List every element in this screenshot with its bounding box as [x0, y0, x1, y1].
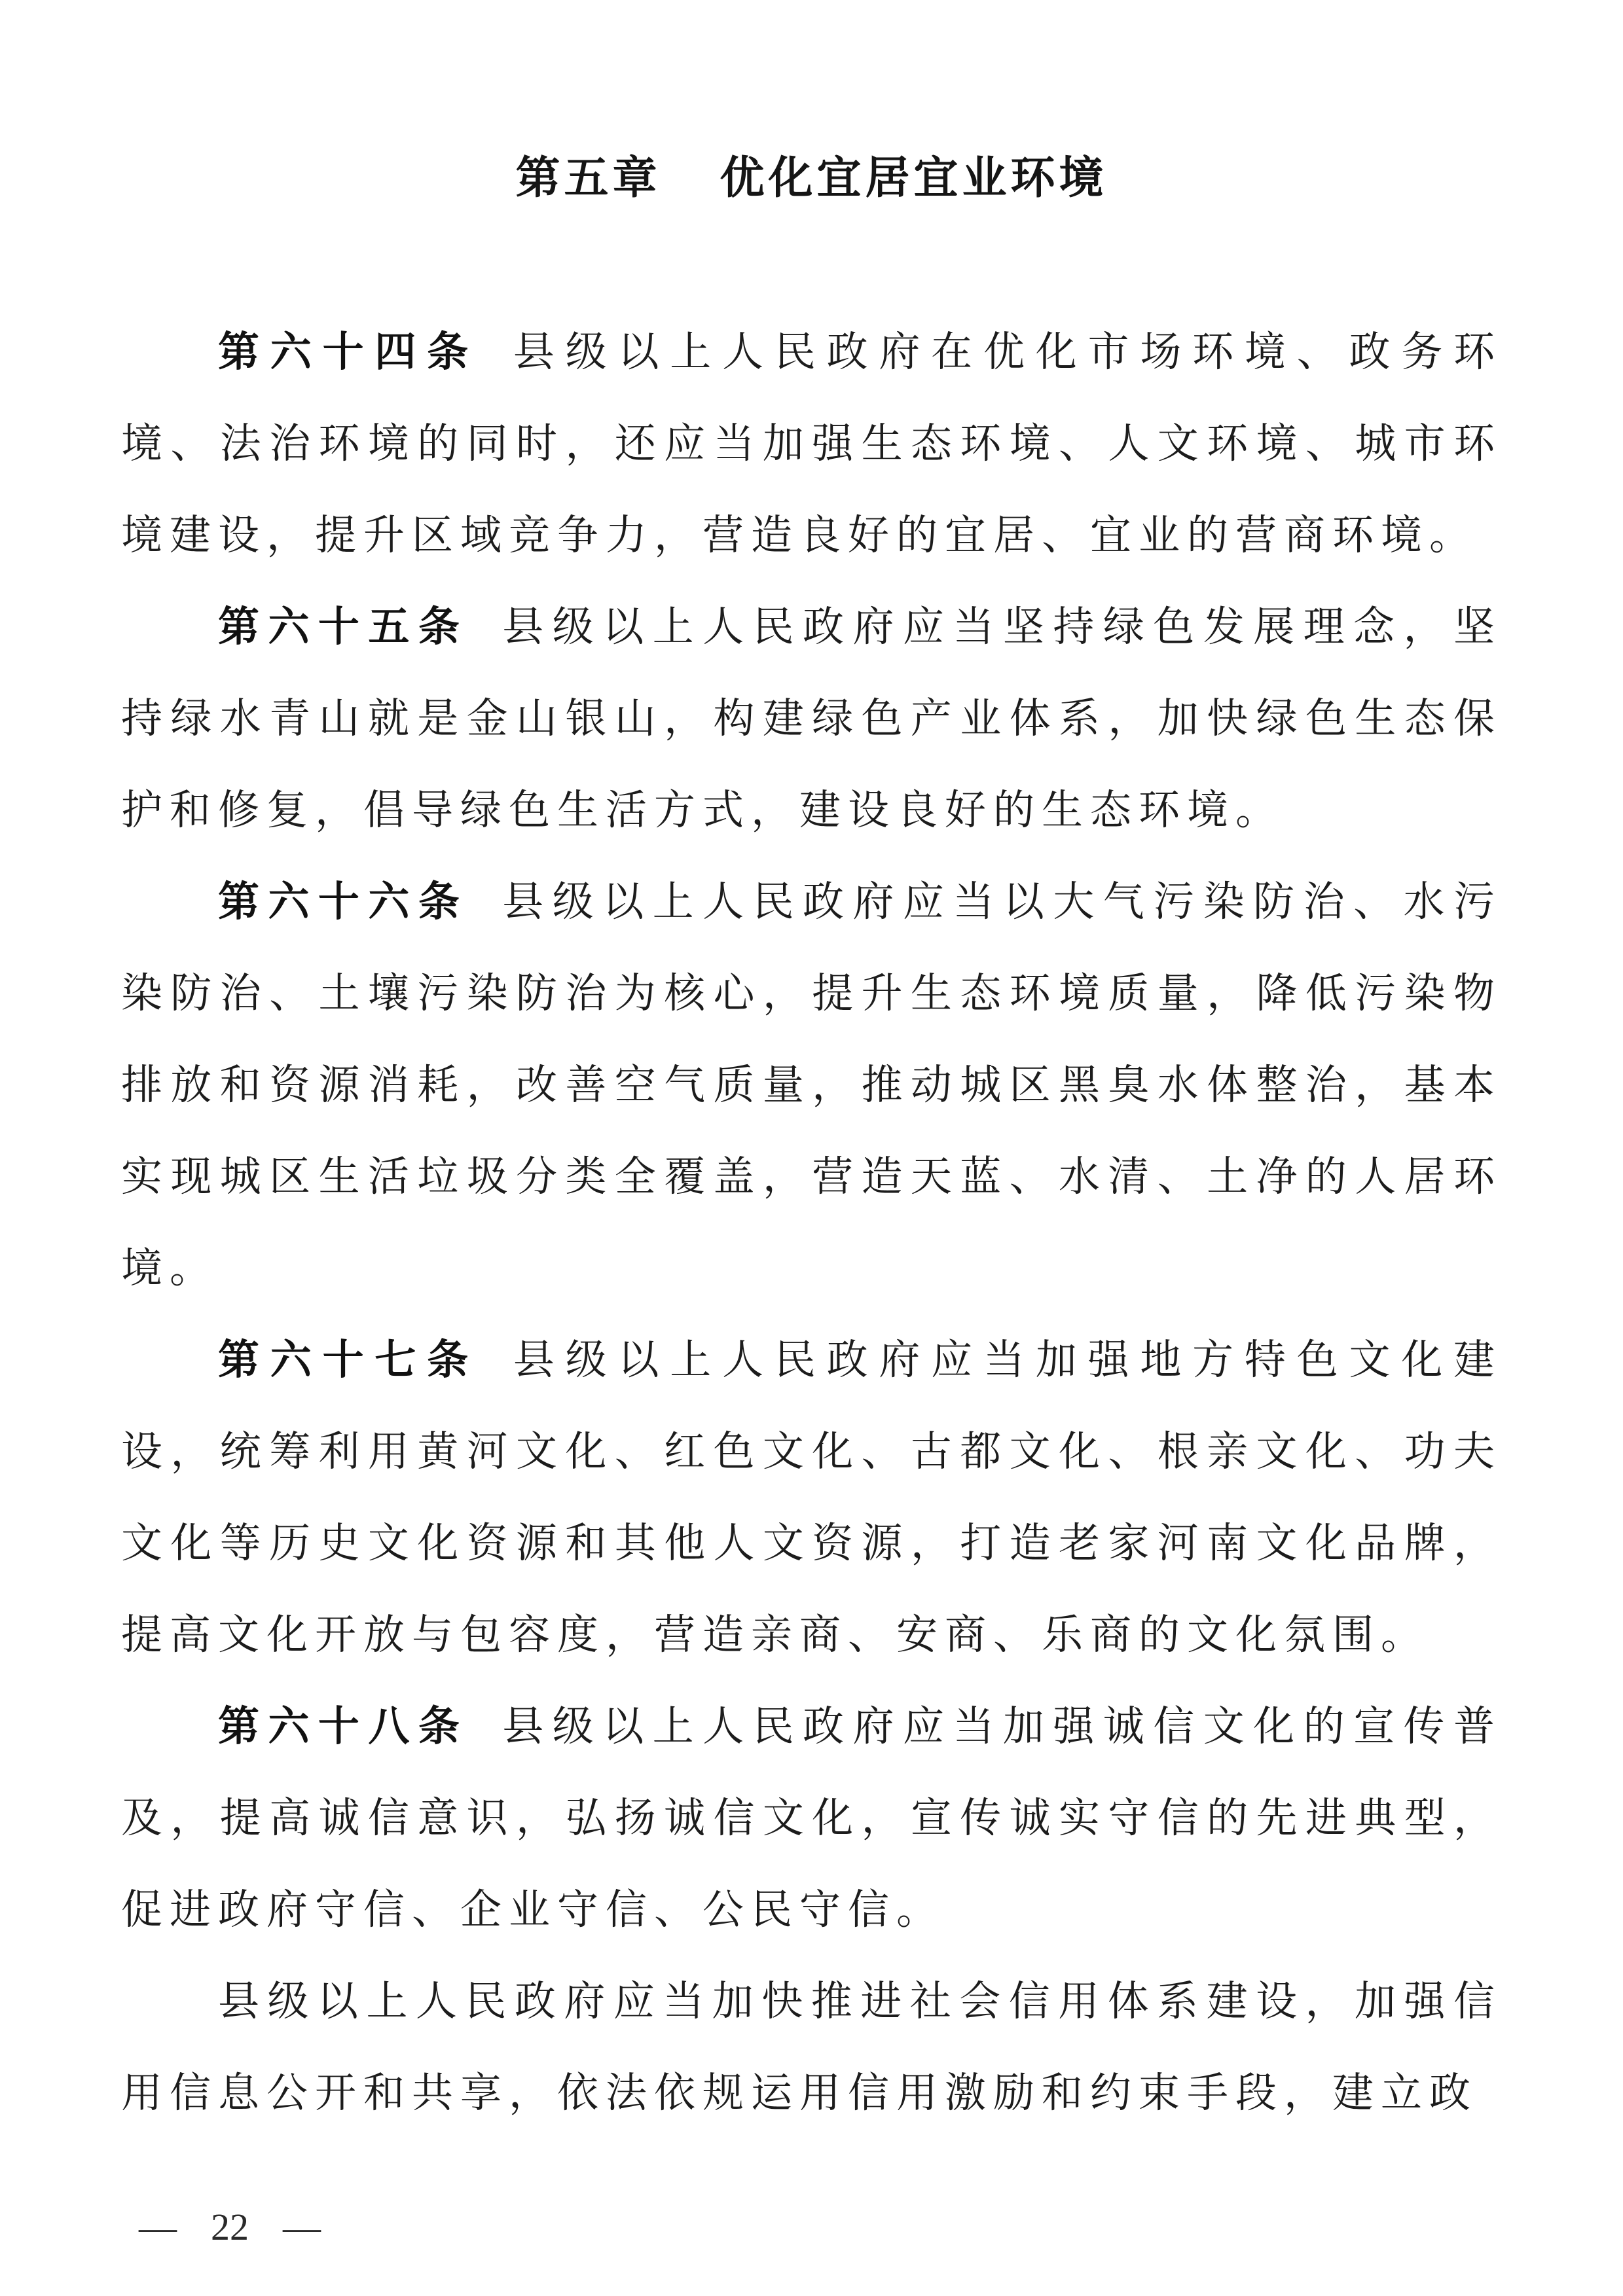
- page-number: 22: [211, 2206, 249, 2248]
- page-content: 第五章优化宜居宜业环境 第六十四条县级以上人民政府在优化市场环境、政务环境、法治…: [0, 0, 1623, 2139]
- article-paragraph: 第六十五条县级以上人民政府应当坚持绿色发展理念，坚持绿水青山就是金山银山，构建绿…: [121, 581, 1502, 856]
- article-text: 县级以上人民政府应当加强地方特色文化建设，统筹利用黄河文化、红色文化、古都文化、…: [121, 1337, 1502, 1658]
- chapter-number: 第五章: [515, 153, 661, 203]
- chapter-title-text: 优化宜居宜业环境: [720, 153, 1108, 203]
- document-body: 第六十四条县级以上人民政府在优化市场环境、政务环境、法治环境的同时，还应当加强生…: [121, 306, 1502, 2139]
- article-number: 第六十六条: [218, 879, 502, 925]
- article-text: 县级以上人民政府应当加快推进社会信用体系建设，加强信用信息公开和共享，依法依规运…: [121, 1979, 1502, 2116]
- footer-dash-right: —: [283, 2206, 321, 2248]
- article-number: 第六十七条: [218, 1337, 513, 1383]
- article-paragraph: 第六十四条县级以上人民政府在优化市场环境、政务环境、法治环境的同时，还应当加强生…: [121, 306, 1502, 581]
- article-paragraph: 县级以上人民政府应当加快推进社会信用体系建设，加强信用信息公开和共享，依法依规运…: [121, 1956, 1502, 2139]
- article-paragraph: 第六十八条县级以上人民政府应当加强诚信文化的宣传普及，提高诚信意识，弘扬诚信文化…: [121, 1681, 1502, 1956]
- page-footer: —22—: [139, 2205, 321, 2249]
- article-text: 县级以上人民政府应当以大气污染防治、水污染防治、土壤污染防治为核心，提升生态环境…: [121, 879, 1502, 1291]
- footer-dash-left: —: [139, 2206, 177, 2248]
- document-page: 第五章优化宜居宜业环境 第六十四条县级以上人民政府在优化市场环境、政务环境、法治…: [0, 0, 1623, 2296]
- chapter-title: 第五章优化宜居宜业环境: [121, 147, 1502, 209]
- article-number: 第六十四条: [218, 329, 513, 375]
- article-paragraph: 第六十七条县级以上人民政府应当加强地方特色文化建设，统筹利用黄河文化、红色文化、…: [121, 1314, 1502, 1681]
- article-number: 第六十五条: [218, 604, 502, 650]
- article-number: 第六十八条: [218, 1704, 502, 1749]
- article-paragraph: 第六十六条县级以上人民政府应当以大气污染防治、水污染防治、土壤污染防治为核心，提…: [121, 856, 1502, 1314]
